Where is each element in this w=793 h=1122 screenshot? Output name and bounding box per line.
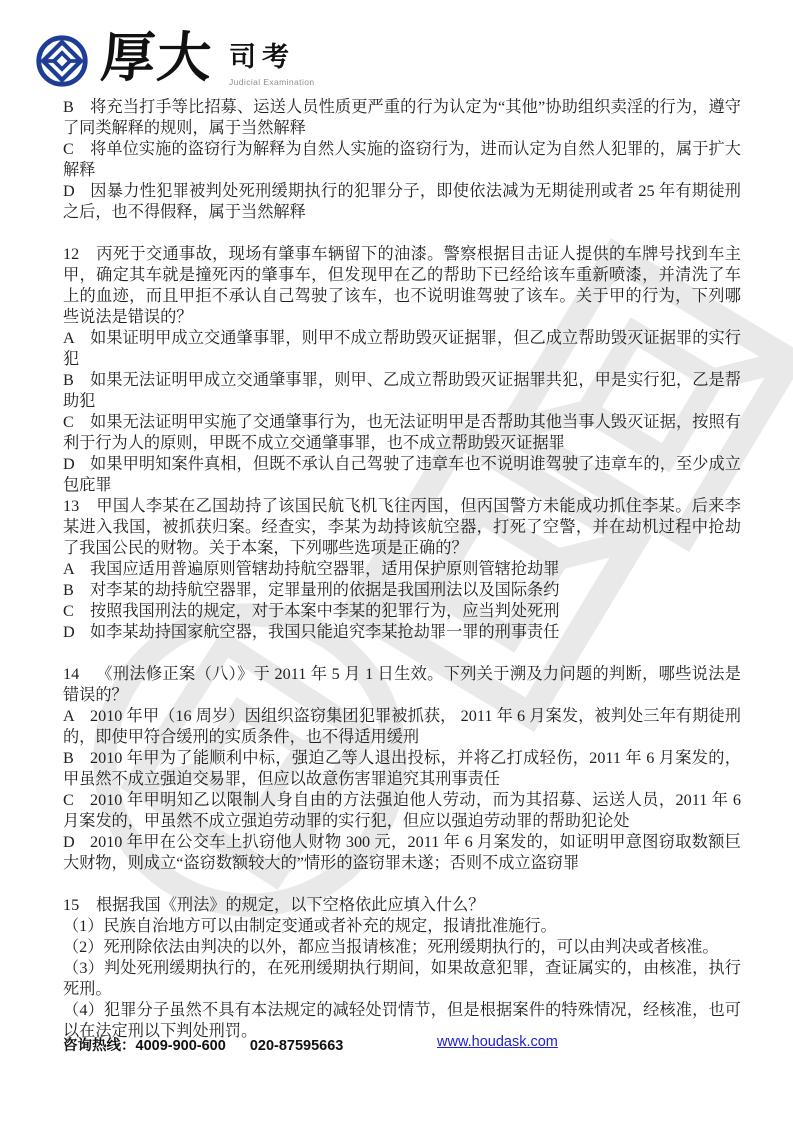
q13-option-b: B对李某的劫持航空器罪，定罪量刑的依据是我国刑法以及国际条约 — [63, 580, 741, 601]
brand-name-cn: 厚大 — [99, 31, 215, 85]
option-label: D — [63, 832, 90, 853]
option-label: A — [63, 328, 90, 349]
option-text: 将单位实施的盗窃行为解释为自然人实施的盗窃行为，进而认定为自然人犯罪的，属于扩大… — [63, 140, 741, 179]
option-text: 对李某的劫持航空器罪，定罪量刑的依据是我国刑法以及国际条约 — [90, 581, 559, 599]
website-link[interactable]: www.houdask.com — [437, 1034, 558, 1050]
option-text: 我国应适用普遍原则管辖劫持航空器罪，适用保护原则管辖抢劫罪 — [90, 560, 559, 578]
option-text: 2010 年甲为了能顺利中标，强迫乙等人退出投标，并将乙打成轻伤，2011 年 … — [63, 749, 741, 788]
q15-blank-1: （1）民族自治地方可以由制定变通或者补充的规定，报请批准施行。 — [63, 916, 741, 937]
q12-stem: 12丙死于交通事故，现场有肇事车辆留下的油漆。警察根据目击证人提供的车牌号找到车… — [63, 244, 741, 328]
q14-option-c: C2010 年甲明知乙以限制人身自由的方法强迫他人劳动，而为其招募、运送人员，2… — [63, 790, 741, 832]
question-stem-text: 丙死于交通事故，现场有肇事车辆留下的油漆。警察根据目击证人提供的车牌号找到车主甲… — [63, 245, 741, 326]
q15-blank-2: （2）死刑除依法由判决的以外，都应当报请核准；死刑缓期执行的，可以由判决或者核准… — [63, 937, 741, 958]
q12-option-d: D如果甲明知案件真相，但既不承认自己驾驶了违章车也不说明谁驾驶了违章车的，至少成… — [63, 454, 741, 496]
option-label: A — [63, 559, 90, 580]
option-label: C — [63, 412, 90, 433]
option-text: 按照我国刑法的规定，对于本案中李某的犯罪行为，应当判处死刑 — [90, 602, 559, 620]
option-text: 因暴力性犯罪被判处死刑缓期执行的犯罪分子，即使依法减为无期徒刑或者 25 年有期… — [63, 182, 741, 221]
q11-option-b: B将充当打手等比招募、运送人员性质更严重的行为认定为“其他”协助组织卖淫的行为，… — [63, 97, 741, 139]
question-stem-text: 根据我国《刑法》的规定，以下空格依此应填入什么？ — [96, 896, 485, 914]
q14-option-d: D2010 年甲在公交车上扒窃他人财物 300 元，2011 年 6 月案发的，… — [63, 832, 741, 874]
option-text: 如果甲明知案件真相，但既不承认自己驾驶了违章车也不说明谁驾驶了违章车的，至少成立… — [63, 455, 741, 494]
option-label: B — [63, 370, 90, 391]
option-text: 2010 年甲在公交车上扒窃他人财物 300 元，2011 年 6 月案发的，如… — [63, 833, 741, 872]
question-number: 15 — [63, 895, 96, 916]
hotline: 咨询热线：4009-900-600020-87595663 — [63, 1034, 343, 1055]
q15-blank-3: （3）判处死刑缓期执行的，在死刑缓期执行期间，如果故意犯罪，查证属实的，由核准，… — [63, 958, 741, 1000]
page-footer: 咨询热线：4009-900-600020-87595663 www.houdas… — [0, 1032, 793, 1058]
option-label: C — [63, 601, 90, 622]
option-text: 如李某劫持国家航空器，我国只能追究李某抢劫罪一罪的刑事责任 — [90, 623, 559, 641]
q14-stem: 14《刑法修正案（八）》于 2011 年 5 月 1 日生效。下列关于溯及力问题… — [63, 664, 741, 706]
q12-option-a: A如果证明甲成立交通肇事罪，则甲不成立帮助毁灭证据罪，但乙成立帮助毁灭证据罪的实… — [63, 328, 741, 370]
q14-option-b: B2010 年甲为了能顺利中标，强迫乙等人退出投标，并将乙打成轻伤，2011 年… — [63, 748, 741, 790]
option-label: B — [63, 97, 90, 118]
option-text: 将充当打手等比招募、运送人员性质更严重的行为认定为“其他”协助组织卖淫的行为，遵… — [63, 98, 741, 137]
question-number: 12 — [63, 244, 96, 265]
brand-product-name: 司考 — [229, 35, 314, 74]
option-text: 2010 年甲（16 周岁）因组织盗窃集团犯罪被抓获， 2011 年 6 月案发… — [63, 707, 741, 746]
exam-content: B将充当打手等比招募、运送人员性质更严重的行为认定为“其他”协助组织卖淫的行为，… — [63, 97, 741, 1042]
question-number: 14 — [63, 664, 96, 685]
q11-option-c: C将单位实施的盗窃行为解释为自然人实施的盗窃行为，进而认定为自然人犯罪的，属于扩… — [63, 139, 741, 181]
option-label: C — [63, 790, 90, 811]
option-label: D — [63, 622, 90, 643]
question-stem-text: 《刑法修正案（八）》于 2011 年 5 月 1 日生效。下列关于溯及力问题的判… — [63, 665, 741, 704]
hotline-label: 咨询热线： — [63, 1038, 136, 1054]
option-label: D — [63, 181, 90, 202]
brand-subtitle: Judicial Examination — [229, 77, 314, 87]
q13-option-c: C按照我国刑法的规定，对于本案中李某的犯罪行为，应当判处死刑 — [63, 601, 741, 622]
hotline-phone-1: 4009-900-600 — [136, 1038, 226, 1054]
q12-option-c: C如果无法证明甲实施了交通肇事行为，也无法证明甲是否帮助其他当事人毁灭证据，按照… — [63, 412, 741, 454]
option-text: 2010 年甲明知乙以限制人身自由的方法强迫他人劳动，而为其招募、运送人员，20… — [63, 791, 741, 830]
houda-logo-icon — [35, 34, 89, 88]
option-text: 如果无法证明甲实施了交通肇事行为，也无法证明甲是否帮助其他当事人毁灭证据，按照有… — [63, 413, 741, 452]
brand-header: 厚大 司考 Judicial Examination — [35, 28, 314, 88]
q11-option-d: D因暴力性犯罪被判处死刑缓期执行的犯罪分子，即使依法减为无期徒刑或者 25 年有… — [63, 181, 741, 223]
q13-stem: 13甲国人李某在乙国劫持了该国民航飞机飞往丙国，但丙国警方未能成功抓住李某。后来… — [63, 496, 741, 559]
q13-option-a: A我国应适用普遍原则管辖劫持航空器罪，适用保护原则管辖抢劫罪 — [63, 559, 741, 580]
q14-option-a: A2010 年甲（16 周岁）因组织盗窃集团犯罪被抓获， 2011 年 6 月案… — [63, 706, 741, 748]
question-number: 13 — [63, 496, 96, 517]
q13-option-d: D如李某劫持国家航空器，我国只能追究李某抢劫罪一罪的刑事责任 — [63, 622, 741, 643]
document-page: 厚大 司考 Judicial Examination B将充当打手等比招募、运送… — [0, 0, 793, 1122]
q15-stem: 15根据我国《刑法》的规定，以下空格依此应填入什么？ — [63, 895, 741, 916]
question-stem-text: 甲国人李某在乙国劫持了该国民航飞机飞往丙国，但丙国警方未能成功抓住李某。后来李某… — [63, 497, 741, 557]
option-label: B — [63, 580, 90, 601]
option-label: A — [63, 706, 90, 727]
option-text: 如果证明甲成立交通肇事罪，则甲不成立帮助毁灭证据罪，但乙成立帮助毁灭证据罪的实行… — [63, 329, 741, 368]
option-label: B — [63, 748, 90, 769]
hotline-phone-2: 020-87595663 — [250, 1038, 344, 1054]
option-text: 如果无法证明甲成立交通肇事罪，则甲、乙成立帮助毁灭证据罪共犯，甲是实行犯，乙是帮… — [63, 371, 741, 410]
option-label: D — [63, 454, 90, 475]
option-label: C — [63, 139, 90, 160]
q12-option-b: B如果无法证明甲成立交通肇事罪，则甲、乙成立帮助毁灭证据罪共犯，甲是实行犯，乙是… — [63, 370, 741, 412]
